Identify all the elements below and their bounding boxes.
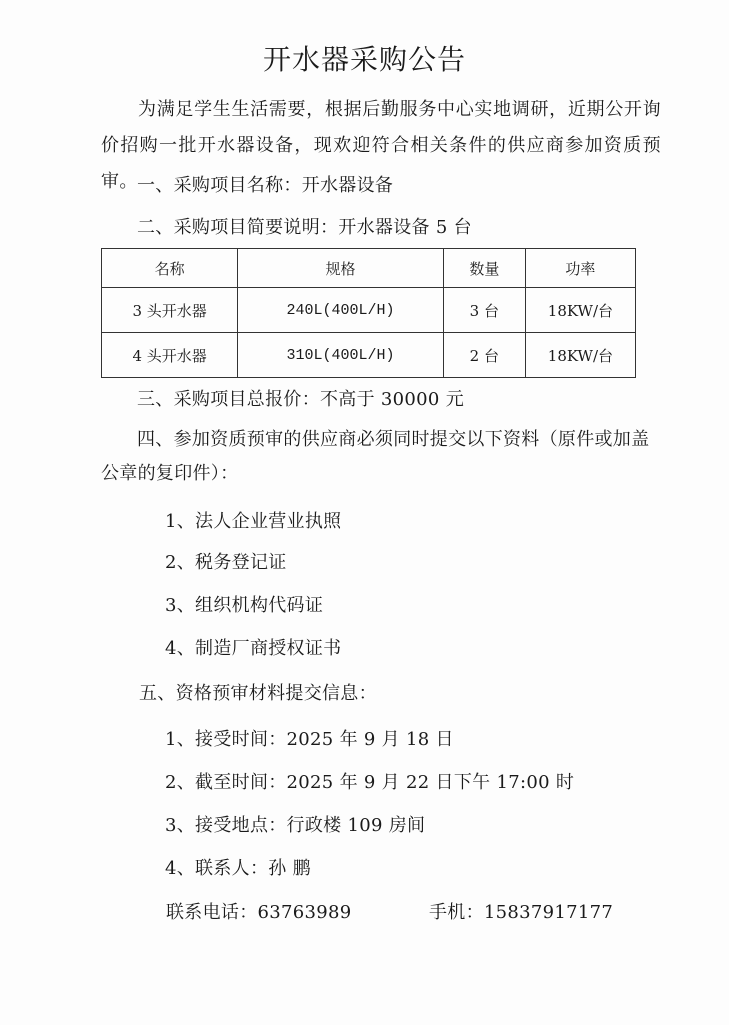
contact-mobile: 手机：15837917177	[429, 901, 613, 925]
section-2-project-description: 二、采购项目简要说明：开水器设备 5 台	[137, 216, 472, 240]
table-cell-power: 18KW/台	[525, 288, 635, 333]
table-header-quantity: 数量	[443, 249, 525, 288]
list-item: 1、法人企业营业执照	[165, 510, 341, 534]
contact-phone: 联系电话：63763989	[166, 901, 352, 925]
table-row: 3 头开水器 240L(400L/H) 3 台 18KW/台	[102, 288, 636, 333]
section-4-requirements-line2: 公章的复印件）：	[101, 462, 238, 486]
table-cell-power: 18KW/台	[525, 333, 635, 378]
table-cell-spec: 310L(400L/H)	[238, 333, 444, 378]
table-cell-quantity: 2 台	[443, 333, 525, 378]
table-header-row: 名称 规格 数量 功率	[102, 249, 636, 288]
list-item: 4、制造厂商授权证书	[165, 637, 341, 661]
list-item: 4、联系人：孙 鹏	[165, 857, 311, 881]
section-5-submission-info: 五、资格预审材料提交信息：	[139, 682, 377, 706]
section-1-project-name: 一、采购项目名称：开水器设备	[137, 174, 393, 198]
document-page: 开水器采购公告 为满足学生生活需要，根据后勤服务中心实地调研，近期公开询价招购一…	[0, 0, 729, 1025]
table-cell-spec: 240L(400L/H)	[238, 288, 444, 333]
table-header-power: 功率	[525, 249, 635, 288]
table-cell-name: 4 头开水器	[102, 333, 238, 378]
equipment-spec-table: 名称 规格 数量 功率 3 头开水器 240L(400L/H) 3 台 18KW…	[101, 248, 636, 378]
table-cell-name: 3 头开水器	[102, 288, 238, 333]
list-item: 1、接受时间：2025 年 9 月 18 日	[165, 728, 454, 752]
table-header-spec: 规格	[238, 249, 444, 288]
table-row: 4 头开水器 310L(400L/H) 2 台 18KW/台	[102, 333, 636, 378]
section-3-total-price: 三、采购项目总报价：不高于 30000 元	[137, 388, 464, 412]
document-title: 开水器采购公告	[0, 42, 729, 78]
list-item: 2、截至时间：2025 年 9 月 22 日下午 17:00 时	[165, 771, 574, 795]
table-cell-quantity: 3 台	[443, 288, 525, 333]
list-item: 3、接受地点：行政楼 109 房间	[165, 814, 425, 838]
list-item: 3、组织机构代码证	[165, 594, 323, 618]
list-item: 2、税务登记证	[165, 551, 287, 575]
table-header-name: 名称	[102, 249, 238, 288]
section-4-requirements-line1: 四、参加资质预审的供应商必须同时提交以下资料（原件或加盖	[137, 428, 649, 452]
